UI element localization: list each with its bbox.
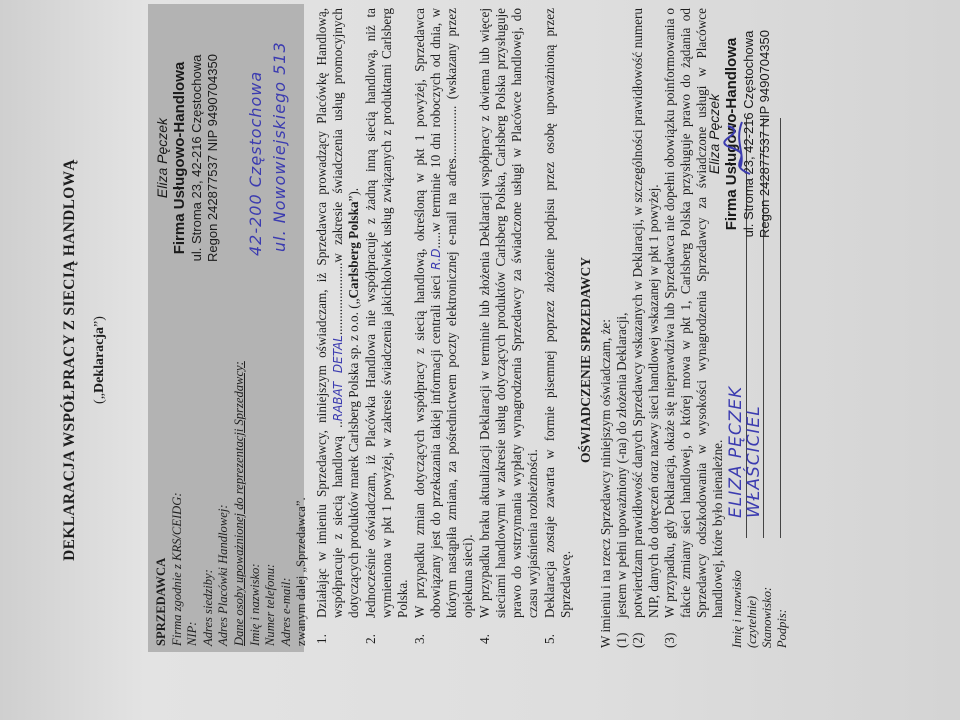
subtitle-close: ”) — [92, 316, 107, 327]
clause-number: 1. — [314, 634, 330, 644]
statement-number: (1) — [614, 633, 630, 648]
statement-intro: W imieniu i na rzecz Sprzedawcy niniejsz… — [598, 8, 614, 648]
clause-4: 4. W przypadku braku aktualizacji Deklar… — [477, 8, 541, 648]
clause-1: 1. Działając w imieniu Sprzedawcy, ninie… — [314, 8, 362, 648]
signature-block: Imię i nazwisko (czytelnie) Stanowisko: … — [730, 8, 830, 648]
clause-number: 4. — [477, 634, 493, 644]
subtitle-open: („ — [92, 393, 107, 404]
scanned-photo: DEKLARACJA WSPÓŁPRACY Z SIECIĄ HANDLOWĄ … — [0, 0, 960, 720]
document-subtitle: („Deklaracja”) — [92, 0, 108, 720]
field-store-address: Adres Placówki Handlowej: — [216, 361, 232, 646]
seller-labels: SPRZEDAWCA Firma zgodnie z KRS/CEIDG: NI… — [154, 361, 310, 646]
subtitle-bold: Deklaracja — [92, 327, 107, 393]
field-rep-phone: Numer telefonu: — [263, 361, 279, 646]
clause-number: 3. — [412, 634, 428, 644]
handwritten-address-line-2: ul. Nowowiejskiego 513 — [272, 41, 288, 252]
declaration-page: DEKLARACJA WSPÓŁPRACY Z SIECIĄ HANDLOWĄ … — [0, 0, 960, 720]
stamp-address: ul. Stroma 23, 42-216 Częstochowa — [189, 54, 205, 262]
handwritten-address-line-1: 42-200 Częstochowa — [248, 71, 264, 256]
clause-5: 5. Deklaracja zostaje zawarta w formie p… — [542, 8, 574, 648]
document-title: DEKLARACJA WSPÓŁPRACY Z SIECIĄ HANDLOWĄ — [62, 0, 78, 720]
sign-label: Podpis: — [775, 8, 790, 648]
handwritten-network-name: RABAT DETAL — [331, 335, 345, 421]
statement-text: potwierdzam prawidłowość danych Sprzedaw… — [630, 8, 661, 618]
statement-text: jestem w pełni upoważniony (-na) do złoż… — [614, 313, 629, 618]
clause-text: ”). — [346, 188, 361, 202]
field-firm: Firma zgodnie z KRS/CEIDG: — [170, 361, 186, 646]
clause-number: 2. — [363, 634, 379, 644]
stamp-name: Eliza Pęczek — [154, 54, 171, 262]
handwritten-name: ELIZA PĘCZEK — [728, 386, 744, 518]
clauses-list: 1. Działając w imieniu Sprzedawcy, ninie… — [314, 8, 575, 648]
statement-number: (3) — [662, 633, 678, 648]
clause-number: 5. — [542, 634, 558, 644]
signature-scribble-icon — [720, 118, 760, 178]
signature-line — [780, 118, 781, 538]
clause-2: 2. Jednocześnie oświadczam, iż Placówka … — [363, 8, 411, 648]
statement-item-1: (1) jestem w pełni upoważniony (-na) do … — [614, 8, 630, 648]
statement-item-2: (2) potwierdzam prawidłowość danych Sprz… — [630, 8, 662, 648]
field-rep-name: Imię i nazwisko: — [248, 361, 264, 646]
company-stamp: Eliza Pęczek Firma Usługowo-Handlowa ul.… — [154, 54, 221, 262]
clause-text: W przypadku braku aktualizacji Deklaracj… — [477, 8, 540, 618]
clause-bold: Carlsberg Polska — [346, 201, 361, 298]
clause-3: 3. W przypadku zmian dotyczących współpr… — [412, 8, 476, 648]
stamp-firm: Firma Usługowo-Handlowa — [171, 54, 189, 262]
field-nip: NIP: — [185, 361, 201, 646]
handwritten-role: WŁAŚCICIEL — [746, 405, 762, 518]
seller-section: SPRZEDAWCA Firma zgodnie z KRS/CEIDG: NI… — [148, 4, 304, 652]
stamp-ids: Regon 242877537 NIP 9490704350 — [205, 54, 221, 262]
field-address: Adres siedziby: — [201, 361, 217, 646]
rep-heading: Dane osoby upoważnionej do reprezentacji… — [232, 361, 248, 646]
field-rep-email: Adres e-mail: — [279, 361, 295, 646]
clause-text: Deklaracja zostaje zawarta w formie pise… — [542, 8, 573, 618]
statement-number: (2) — [630, 633, 646, 648]
handwritten-network-abbr: R.D — [429, 248, 443, 269]
clause-text: Jednocześnie oświadczam, iż Placówka Han… — [363, 8, 410, 618]
statement-title: OŚWIADCZENIE SPRZEDAWCY — [578, 0, 594, 720]
seller-heading: SPRZEDAWCA — [154, 361, 170, 646]
seller-called: zwanym dalej „Sprzedawca”. — [294, 361, 310, 646]
